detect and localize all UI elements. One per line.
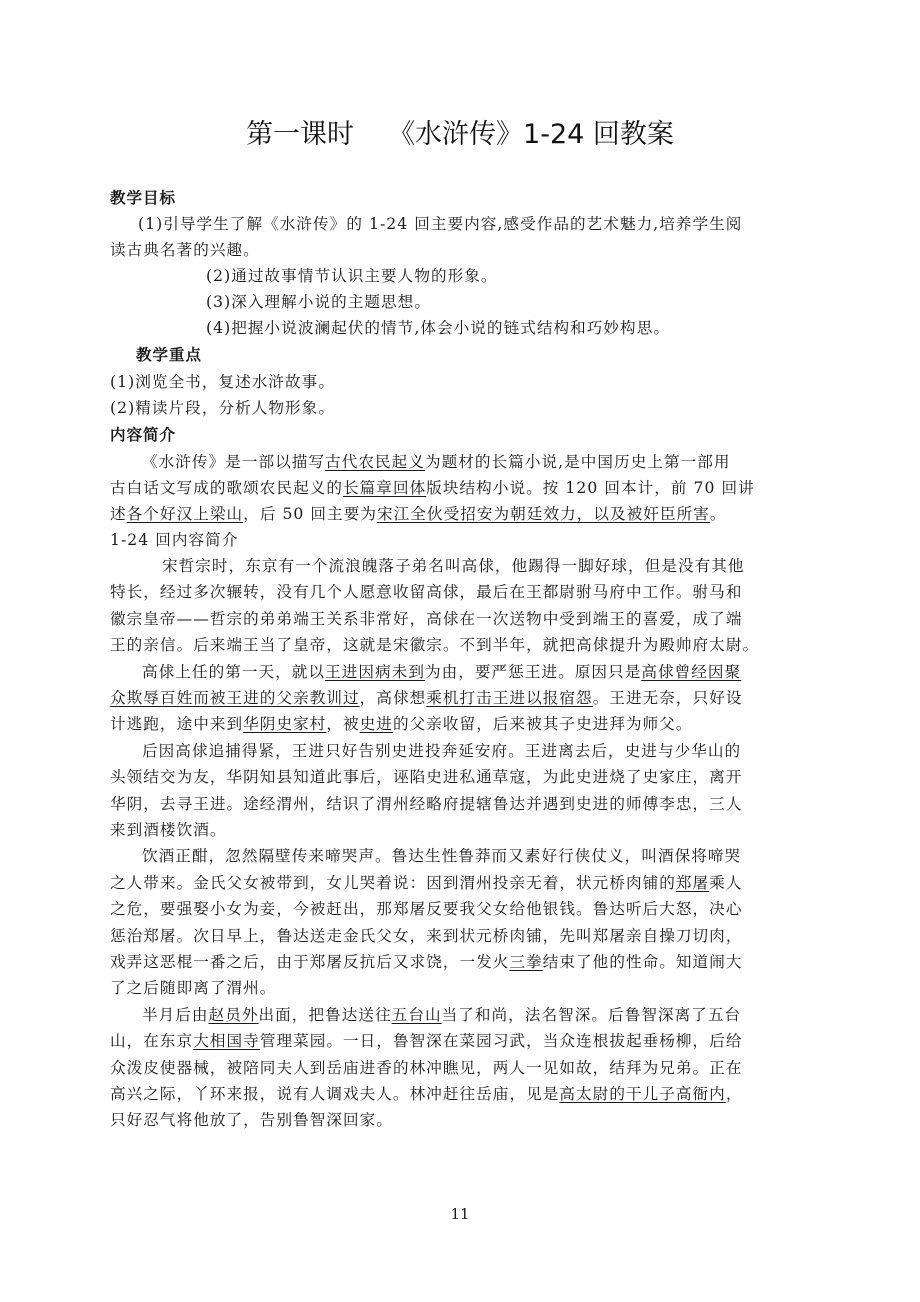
title-subject: 《水浒传》1-24 回教案 <box>388 119 674 150</box>
section-heading-intro: 内容简介 <box>110 423 810 447</box>
summary-line: 众欺辱百姓而被王进的父亲教训过，高俅想乘机打击王进以报宿怨。王进无奈，只好设 <box>110 686 810 710</box>
section-heading-objectives: 教学目标 <box>110 186 810 210</box>
underlined-keyphrase: 五台山 <box>392 1006 442 1024</box>
summary-line: 山，在东京大相国寺管理菜园。一日，鲁智深在菜园习武，当众连根拔起垂杨柳，后给 <box>110 1029 810 1053</box>
underlined-keyphrase: 乘机打击王进以报宿怨 <box>426 689 592 707</box>
summary-line: 王的亲信。后来端王当了皇帝，这就是宋徽宗。不到半年，就把高俅提升为殿帅府太尉。 <box>110 633 810 657</box>
underlined-keyphrase: 众欺辱百姓而被王进的父亲教训过 <box>110 689 360 707</box>
title-lesson: 第一课时 <box>246 119 354 150</box>
section-heading-summary: 1-24 回内容简介 <box>110 528 810 552</box>
focus-2: (2)精读片段，分析人物形象。 <box>110 396 810 420</box>
summary-line: 华阴，去寻王进。途经渭州，结识了渭州经略府提辖鲁达并遇到史进的师傅李忠，三人 <box>110 792 810 816</box>
summary-line: 戏弄这恶棍一番之后，由于郑屠反抗后又求饶，一发火三拳结束了他的性命。知道闹大 <box>110 950 810 974</box>
underlined-keyphrase: 王进因病未到 <box>325 663 425 681</box>
intro-line: 古白话文写成的歌颂农民起义的长篇章回体版块结构小说。按 120 回本计，前 70… <box>110 476 810 500</box>
objective-1: (1)引导学生了解《水浒传》的 1-24 回主要内容,感受作品的艺术魅力,培养学… <box>138 212 838 236</box>
summary-line: 特长，经过多次辗转，没有几个人愿意收留高俅，最后在王都尉驸马府中工作。驸马和 <box>110 580 810 604</box>
summary-line: 惩治郑屠。次日早上，鲁达送走金氏父女，来到状元桥肉铺，先叫郑屠亲自操刀切肉， <box>110 924 810 948</box>
underlined-keyphrase: 古代农民起义 <box>325 453 425 471</box>
summary-line: 头领结交为友，华阴知县知道此事后，诬陷史进私通草寇，为此史进烧了史家庄，离开 <box>110 765 810 789</box>
underlined-keyphrase: 三拳 <box>509 953 542 971</box>
objective-1-cont: 读古典名著的兴趣。 <box>110 238 810 262</box>
summary-line: 只好忍气将他放了，告别鲁智深回家。 <box>110 1108 810 1132</box>
summary-line: 来到酒楼饮酒。 <box>110 818 810 842</box>
page-number: 11 <box>0 1205 920 1223</box>
underlined-keyphrase: 宋江全伙受招安为朝廷效力，以及被奸臣所害 <box>377 505 710 523</box>
objective-3: (3)深入理解小说的主题思想。 <box>206 290 906 314</box>
underlined-keyphrase: 赵员外 <box>209 1006 259 1024</box>
summary-line: 之人带来。金氏父女被带到，女儿哭着说：因到渭州投亲无着，状元桥肉铺的郑屠乘人 <box>110 871 810 895</box>
summary-line: 宋哲宗时，东京有一个流浪魄落子弟名叫高俅，他踢得一脚好球，但是没有其他 <box>162 554 862 578</box>
underlined-keyphrase: 长篇章回体 <box>343 479 426 497</box>
underlined-keyphrase: 各个好汉上梁山 <box>127 505 244 523</box>
underlined-keyphrase: 史进 <box>360 715 393 733</box>
summary-line: 徽宗皇帝——哲宗的弟弟端王关系非常好，高俅在一次送物中受到端王的喜爱，成了端 <box>110 607 810 631</box>
objective-2: (2)通过故事情节认识主要人物的形象。 <box>206 264 906 288</box>
focus-1: (1)浏览全书，复述水浒故事。 <box>110 370 810 394</box>
page-title: 第一课时《水浒传》1-24 回教案 <box>0 112 920 151</box>
summary-line: 后因高俅追捕得紧，王进只好告别史进投奔延安府。王进离去后，史进与少华山的 <box>142 739 842 763</box>
underlined-keyphrase: 华阴史家村 <box>243 715 326 733</box>
underlined-keyphrase: 郑屠 <box>676 874 709 892</box>
summary-line: 众泼皮使器械，被陪同夫人到岳庙进香的林冲瞧见，两人一见如故，结拜为兄弟。正在 <box>110 1056 810 1080</box>
underlined-keyphrase: 高俅曾经因聚 <box>641 663 741 681</box>
summary-line: 半月后由赵员外出面，把鲁达送往五台山当了和尚，法名智深。后鲁智深离了五台 <box>142 1003 842 1027</box>
underlined-keyphrase: 高太尉的干儿子高衙内 <box>559 1085 725 1103</box>
document-page: 第一课时《水浒传》1-24 回教案 教学目标 (1)引导学生了解《水浒传》的 1… <box>0 0 920 1302</box>
intro-line: 述各个好汉上梁山，后 50 回主要为宋江全伙受招安为朝廷效力，以及被奸臣所害。 <box>110 502 810 526</box>
underlined-keyphrase: 大相国寺 <box>193 1032 260 1050</box>
objective-4: (4)把握小说波澜起伏的情节,体会小说的链式结构和巧妙构思。 <box>206 316 906 340</box>
summary-line: 了之后随即离了渭州。 <box>110 976 810 1000</box>
summary-line: 饮酒正酣，忽然隔壁传来啼哭声。鲁达生性鲁莽而又素好行侠仗义，叫酒保将啼哭 <box>142 844 842 868</box>
summary-line: 高兴之际，丫环来报，说有人调戏夫人。林冲赶往岳庙，见是高太尉的干儿子高衙内， <box>110 1082 810 1106</box>
summary-line: 之危，要强娶小女为妾，今被赶出，那郑屠反要我父女给他银钱。鲁达听后大怒，决心 <box>110 897 810 921</box>
summary-line: 高俅上任的第一天，就以王进因病未到为由，要严惩王进。原因只是高俅曾经因聚 <box>142 660 842 684</box>
summary-line: 计逃跑，途中来到华阴史家村，被史进的父亲收留，后来被其子史进拜为师父。 <box>110 712 810 736</box>
section-heading-focus: 教学重点 <box>136 343 836 367</box>
intro-line: 《水浒传》是一部以描写古代农民起义为题材的长篇小说,是中国历史上第一部用 <box>142 450 842 474</box>
